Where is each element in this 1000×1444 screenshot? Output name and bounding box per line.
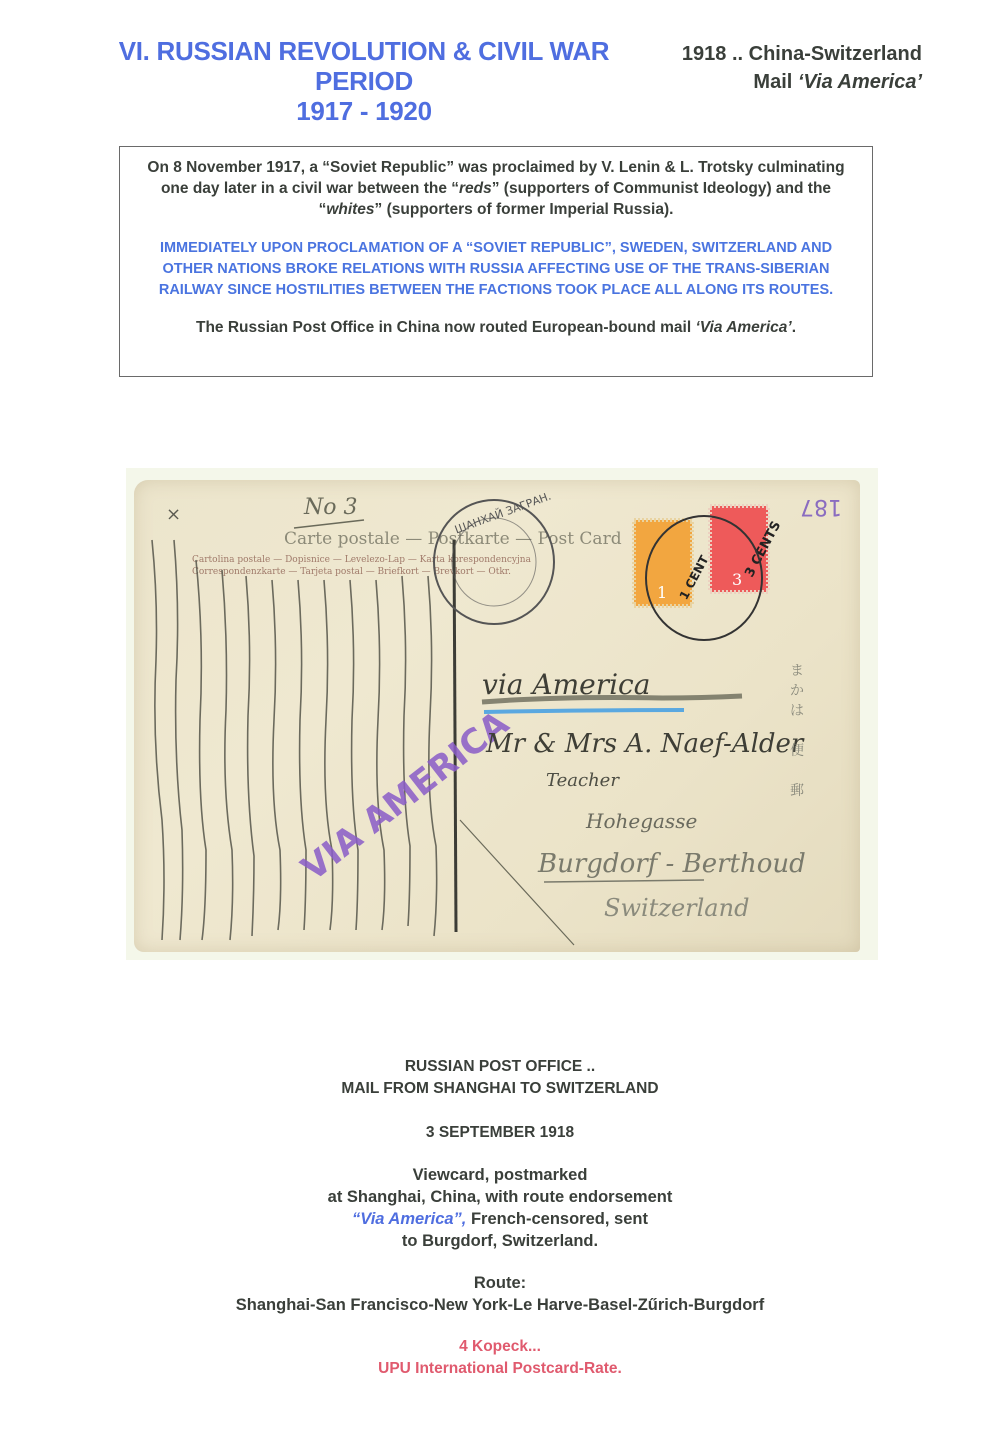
svg-text:1: 1 [657,583,667,602]
cross-mark: × [166,504,181,525]
printed-languages-1: Cartolina postale — Dopisnice — Levelezo… [192,555,532,565]
caption-description: Viewcard, postmarked at Shanghai, China,… [150,1164,850,1252]
caption-title: RUSSIAN POST OFFICE .. MAIL FROM SHANGHA… [150,1056,850,1100]
whites-term: whites [326,201,374,218]
route-label: Route: [150,1272,850,1294]
subject-line-2-italic: ‘Via America’ [798,71,922,93]
svg-text:便: 便 [790,743,804,759]
number-note: No 3 [303,495,358,520]
caption-desc-line-1: Viewcard, postmarked [150,1164,850,1186]
address-city: Burgdorf - Berthoud [537,849,806,879]
rate-line-2: UPU International Postcard-Rate. [150,1358,850,1380]
context-paragraph-2: IMMEDIATELY UPON PROCLAMATION OF A “SOVI… [138,238,854,301]
context-paragraph-1: On 8 November 1917, a “Soviet Republic” … [138,157,854,220]
caption-desc-line-3: “Via America”, French-censored, sent [150,1208,850,1230]
postcard-illustration: × No 3 Carte postale — Postkarte — Post … [134,480,860,952]
caption-date: 3 SEPTEMBER 1918 [150,1122,850,1144]
address-title: Teacher [546,770,620,791]
via-america-cachet: VIA AMERICA [294,703,517,889]
caption-desc-line-4: to Burgdorf, Switzerland. [150,1230,850,1252]
subject-line-1: 1918 .. China-Switzerland [682,40,922,68]
handwritten-message [152,540,437,940]
subject-header: 1918 .. China-Switzerland Mail ‘Via Amer… [682,40,922,96]
reds-term: reds [459,180,492,197]
context-text: ” (supporters of former Imperial Russia)… [375,201,674,218]
caption-title-line-2: MAIL FROM SHANGHAI TO SWITZERLAND [150,1078,850,1100]
address-street: Hohegasse [585,809,697,833]
via-america-term: ‘Via America’ [695,319,791,336]
section-years: 1917 - 1920 [84,96,644,126]
section-header: VI. RUSSIAN REVOLUTION & CIVIL WAR PERIO… [84,36,644,126]
caption-desc-rest: French-censored, sent [466,1210,648,1228]
historical-context-box: On 8 November 1917, a “Soviet Republic” … [119,146,873,377]
svg-text:は: は [790,703,804,719]
via-america-highlight: “Via America”, [352,1210,466,1228]
context-text: . [792,319,796,336]
context-text: The Russian Post Office in China now rou… [196,319,695,336]
censor-number: 187 [800,494,842,519]
caption-title-line-1: RUSSIAN POST OFFICE .. [150,1056,850,1078]
address-country: Switzerland [604,894,749,922]
rate-line-1: 4 Kopeck... [150,1336,850,1358]
subject-line-2-prefix: Mail [753,71,797,93]
route-value: Shanghai-San Francisco-New York-Le Harve… [150,1294,850,1316]
context-paragraph-3: The Russian Post Office in China now rou… [138,317,854,338]
address-name: Mr & Mrs A. Naef-Alder [485,729,805,759]
printed-languages-2: Correspondenzkarte — Tarjeta postal — Br… [192,567,511,577]
caption-desc-line-2: at Shanghai, China, with route endorseme… [150,1186,850,1208]
svg-text:3: 3 [732,570,742,589]
caption-route: Route: Shanghai-San Francisco-New York-L… [150,1272,850,1316]
postcard-image: × No 3 Carte postale — Postkarte — Post … [134,480,860,952]
svg-text:郵: 郵 [790,783,804,799]
caption-rate: 4 Kopeck... UPU International Postcard-R… [150,1336,850,1380]
subject-line-2: Mail ‘Via America’ [682,68,922,96]
section-title: VI. RUSSIAN REVOLUTION & CIVIL WAR PERIO… [84,36,644,96]
svg-text:ま: ま [790,663,804,679]
svg-text:か: か [790,683,804,699]
